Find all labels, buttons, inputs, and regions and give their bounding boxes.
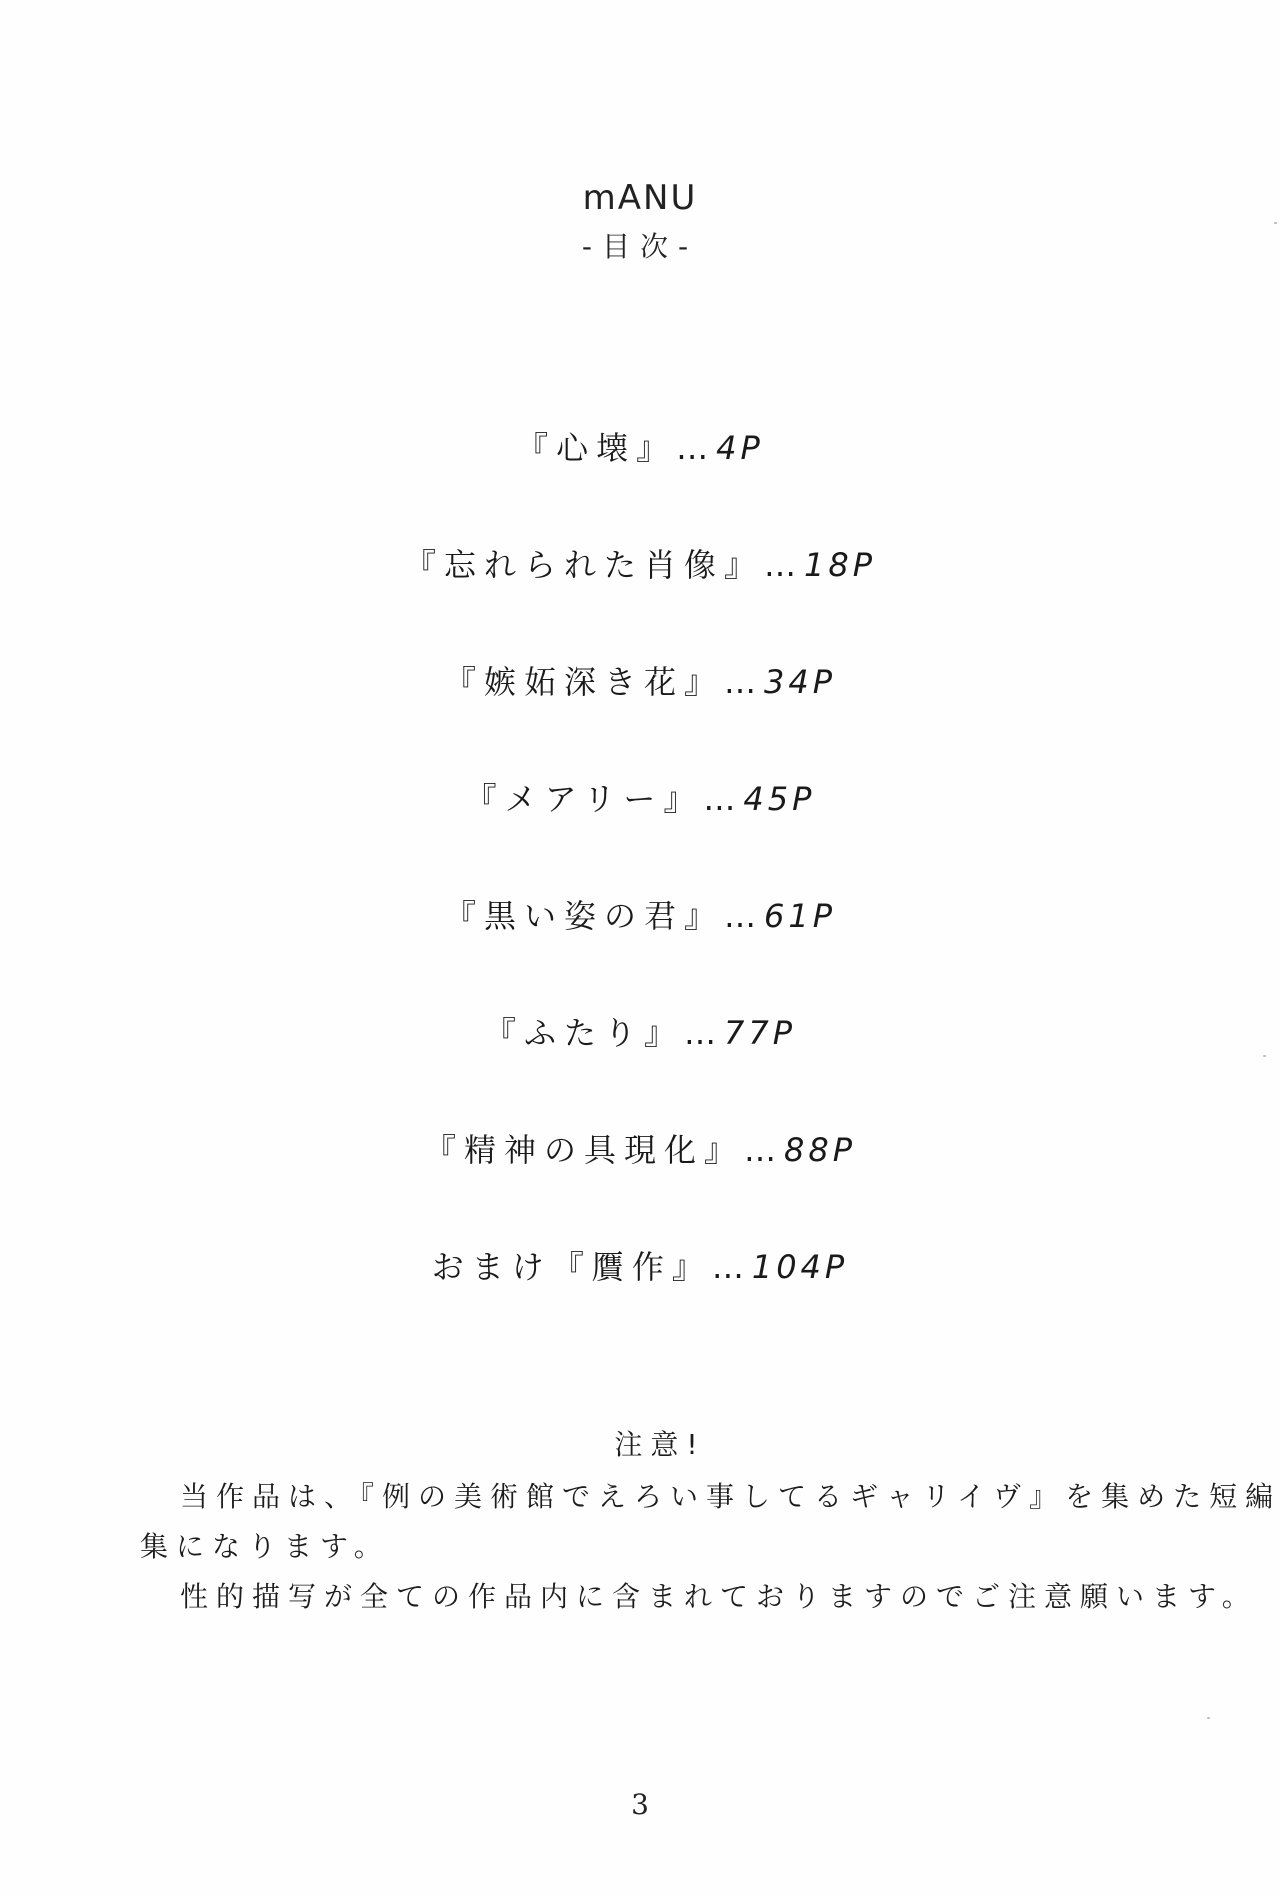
toc-entry-page: 4P (716, 429, 764, 467)
warning-line: 当作品は、『例の美術館でえろい事してるギャリイヴ』を集めた短編 (140, 1472, 1180, 1522)
toc-entry-prefix: おまけ (432, 1248, 552, 1286)
toc-entry-leader: … (764, 546, 804, 584)
toc-entry-title: 『忘れられた肖像』 (404, 546, 764, 584)
toc-entry-title: 『メアリー』 (465, 780, 704, 818)
toc-entry-title: 『贋作』 (552, 1248, 712, 1286)
toc-entry-leader: … (676, 429, 716, 467)
toc-entry-title: 『嫉妬深き花』 (444, 663, 724, 701)
toc-entry-leader: … (712, 1248, 752, 1286)
toc-entry-page: 18P (804, 546, 876, 584)
toc-entry-page: 88P (784, 1131, 856, 1169)
content-warning: 注意! 当作品は、『例の美術館でえろい事してるギャリイヴ』を集めた短編 集になり… (140, 1422, 1180, 1622)
toc-entry: 『心壊』…4P (0, 428, 1280, 545)
warning-title: 注意! (140, 1422, 1160, 1468)
toc-entry: 『嫉妬深き花』…34P (0, 662, 1280, 779)
table-of-contents: 『心壊』…4P 『忘れられた肖像』…18P 『嫉妬深き花』…34P 『メアリー』… (0, 428, 1280, 1364)
toc-heading: -目次- (0, 230, 1280, 264)
page-header: mANU -目次- (0, 178, 1280, 264)
toc-entry-page: 61P (764, 897, 836, 935)
toc-entry-leader: … (724, 897, 764, 935)
toc-entry-title: 『精神の具現化』 (424, 1131, 744, 1169)
warning-line: 性的描写が全ての作品内に含まれておりますのでご注意願います。 (140, 1572, 1180, 1622)
toc-entry: 『精神の具現化』…88P (0, 1130, 1280, 1247)
scan-speck (1274, 222, 1277, 224)
toc-entry-title: 『心壊』 (516, 429, 676, 467)
book-page: mANU -目次- 『心壊』…4P 『忘れられた肖像』…18P 『嫉妬深き花』…… (0, 0, 1280, 1896)
toc-entry: 『黒い姿の君』…61P (0, 896, 1280, 1013)
scan-speck (1207, 1717, 1210, 1719)
toc-entry-leader: … (744, 1131, 784, 1169)
scan-speck (1263, 1055, 1266, 1057)
toc-entry-leader: … (724, 663, 764, 701)
page-number: 3 (0, 1788, 1280, 1822)
toc-entry: おまけ『贋作』…104P (0, 1247, 1280, 1364)
toc-entry-leader: … (703, 780, 743, 818)
toc-entry-title: 『ふたり』 (484, 1014, 684, 1052)
toc-entry: 『メアリー』…45P (0, 779, 1280, 896)
toc-entry-page: 104P (752, 1248, 848, 1286)
toc-entry-leader: … (684, 1014, 724, 1052)
toc-entry-page: 77P (724, 1014, 796, 1052)
toc-entry: 『ふたり』…77P (0, 1013, 1280, 1130)
toc-entry-page: 34P (764, 663, 836, 701)
toc-entry-page: 45P (743, 780, 815, 818)
toc-entry-title: 『黒い姿の君』 (444, 897, 724, 935)
author-name: mANU (0, 178, 1280, 218)
warning-line: 集になります。 (140, 1522, 1180, 1572)
toc-entry: 『忘れられた肖像』…18P (0, 545, 1280, 662)
